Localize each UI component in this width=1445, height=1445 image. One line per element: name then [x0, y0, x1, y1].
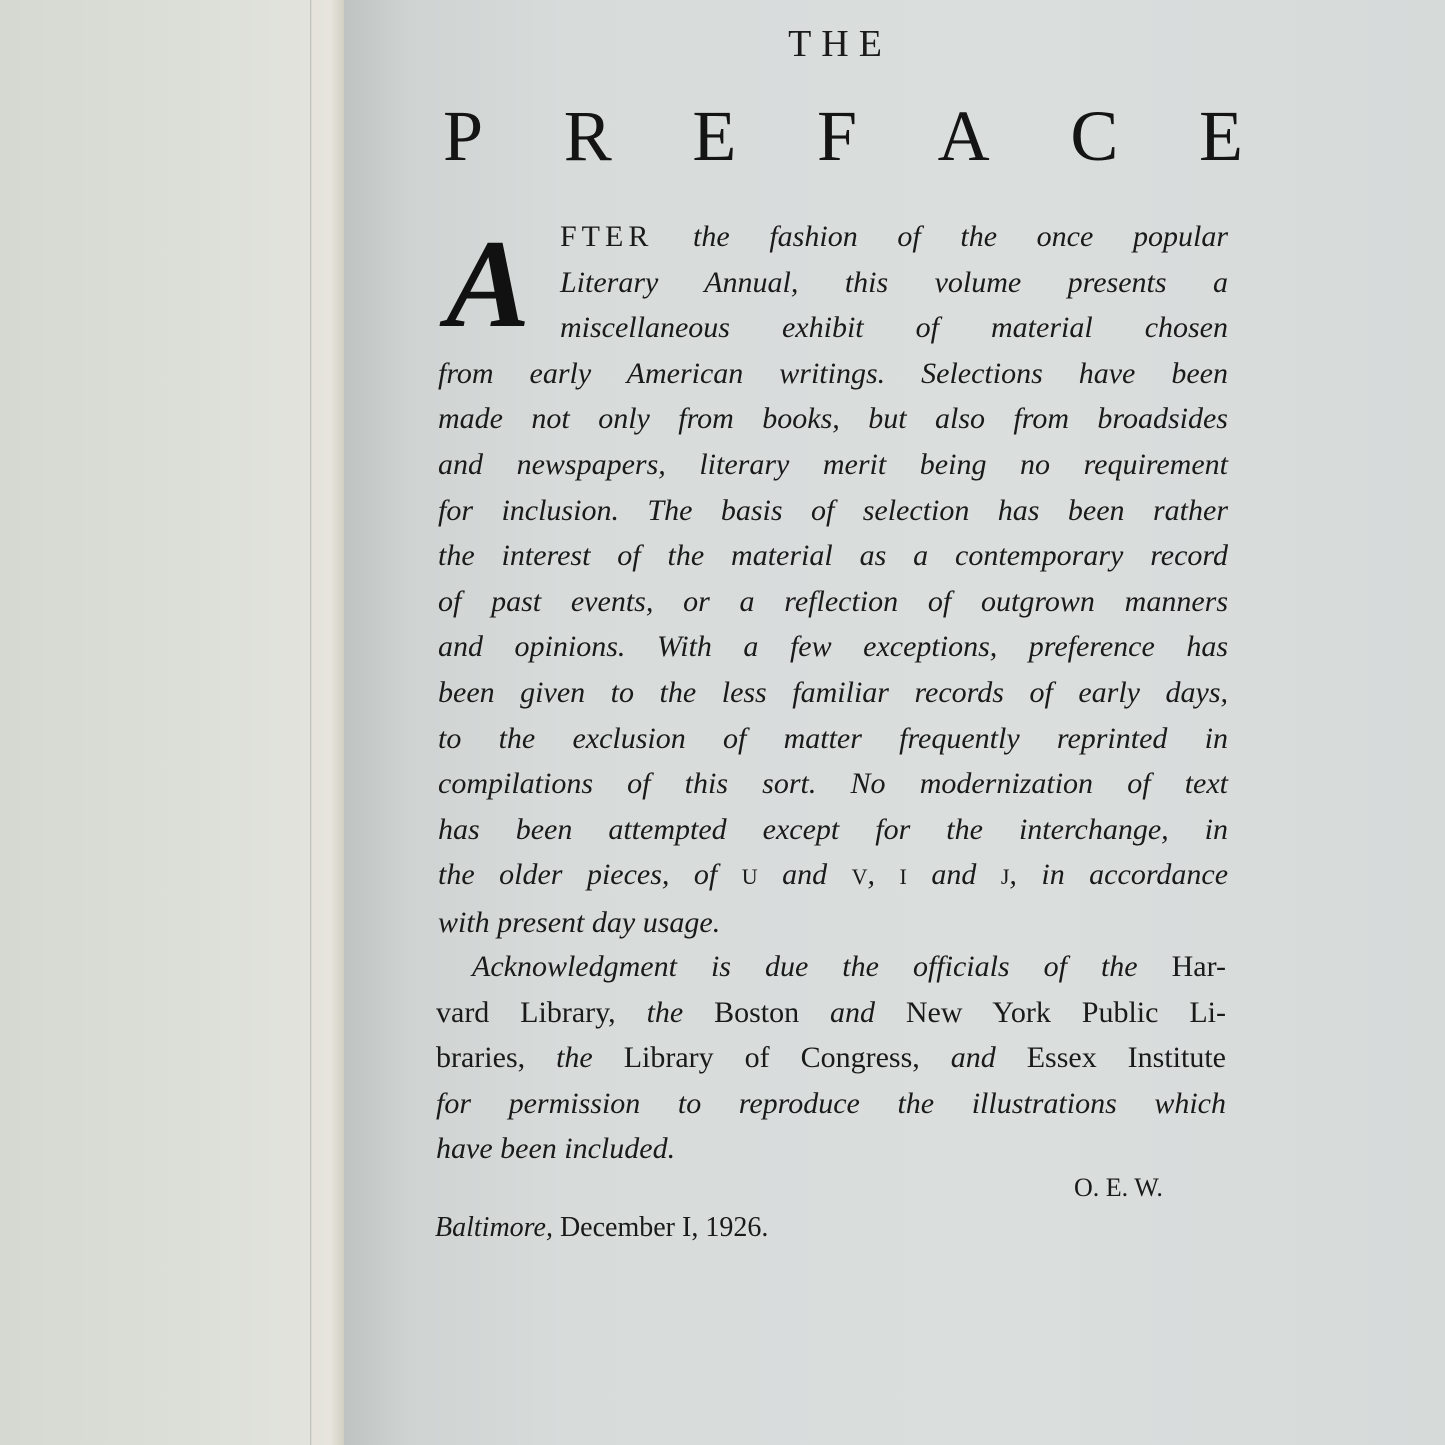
- text-line: FTER the fashion of the once popular: [560, 214, 1228, 260]
- heading-letter: A: [938, 100, 990, 172]
- left-blank-page: [0, 0, 310, 1445]
- dateline-place: Baltimore,: [435, 1212, 553, 1243]
- text-line: of past events, or a reflection of outgr…: [438, 579, 1228, 625]
- preface-paragraph-2: Acknowledgment is due the officials of t…: [436, 944, 1226, 1172]
- text-line: Literary Annual, this volume presents a: [560, 260, 1228, 306]
- text-line: Acknowledgment is due the officials of t…: [472, 944, 1226, 990]
- page-gutter-edge: [310, 0, 344, 1445]
- text-line: and opinions. With a few exceptions, pre…: [438, 624, 1228, 670]
- heading-letter: C: [1070, 100, 1118, 172]
- preface-paragraph-1: FTER the fashion of the once popular Lit…: [438, 214, 1228, 946]
- text-line: miscellaneous exhibit of material chosen: [560, 305, 1228, 351]
- author-initials: O. E. W.: [1074, 1173, 1163, 1203]
- text-line: to the exclusion of matter frequently re…: [438, 716, 1228, 762]
- dateline-date: December I, 1926.: [553, 1212, 768, 1243]
- heading-the: THE: [430, 22, 1250, 66]
- text-line: and newspapers, literary merit being no …: [438, 442, 1228, 488]
- text-line: for inclusion. The basis of selection ha…: [438, 488, 1228, 534]
- heading-letter: E: [692, 100, 736, 172]
- heading-letter: E: [1199, 100, 1243, 172]
- text-line: have been included.: [436, 1126, 1226, 1172]
- text-line: for permission to reproduce the illustra…: [436, 1081, 1226, 1127]
- heading-preface: P R E F A C E: [443, 100, 1243, 172]
- heading-letter: R: [564, 100, 612, 172]
- heading-letter: P: [443, 100, 483, 172]
- text-line: the older pieces, of U and V, I and J, i…: [438, 852, 1228, 900]
- text-line: braries, the Library of Congress, and Es…: [436, 1035, 1226, 1081]
- text-line: vard Library, the Boston and New York Pu…: [436, 990, 1226, 1036]
- text-line: been given to the less familiar records …: [438, 670, 1228, 716]
- text-line: compilations of this sort. No modernizat…: [438, 761, 1228, 807]
- text-line: from early American writings. Selections…: [438, 351, 1228, 397]
- dateline: Baltimore, December I, 1926.: [435, 1212, 768, 1244]
- text-line: with present day usage.: [438, 900, 1228, 946]
- text-line: has been attempted except for the interc…: [438, 807, 1228, 853]
- heading-letter: F: [817, 100, 857, 172]
- text-line: made not only from books, but also from …: [438, 396, 1228, 442]
- text-line: the interest of the material as a contem…: [438, 533, 1228, 579]
